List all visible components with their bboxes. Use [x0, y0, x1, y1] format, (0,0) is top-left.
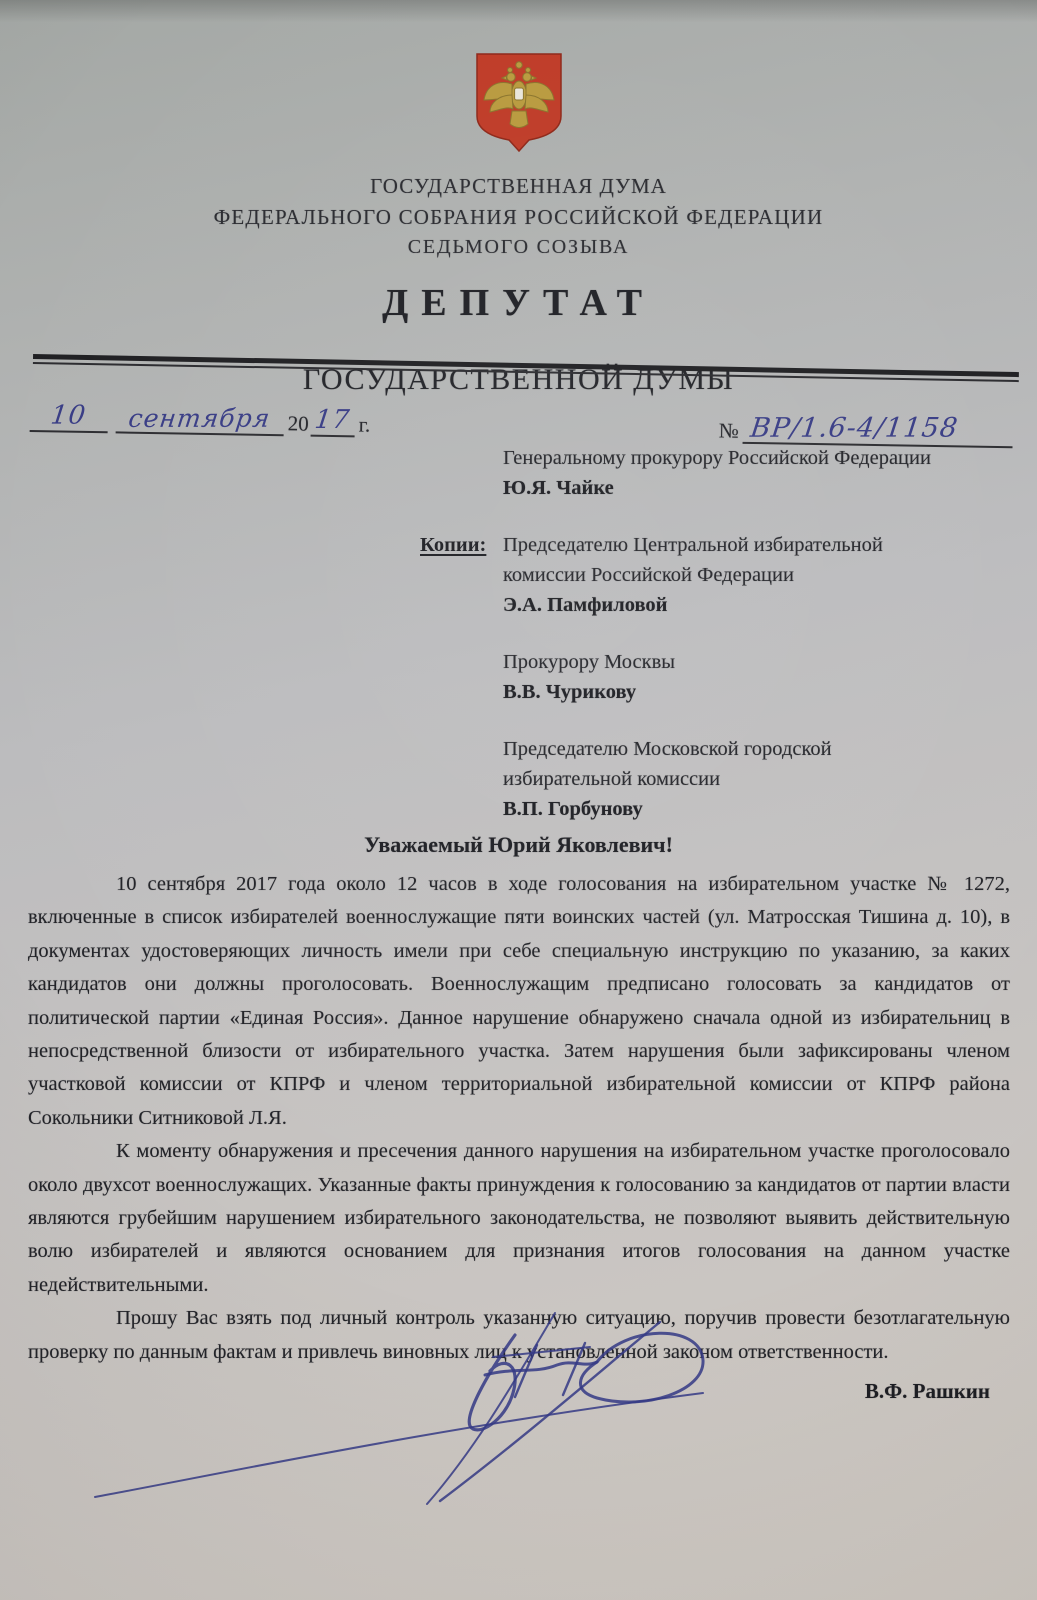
copies-label: Копии: [420, 530, 486, 560]
signature-autograph [85, 1305, 725, 1515]
recipient-title: Председателю Московской городской [503, 734, 1017, 764]
year-unit: г. [359, 412, 371, 437]
russia-coat-of-arms-icon [469, 50, 569, 154]
primary-recipient: Генеральному прокурору Российской Федера… [420, 443, 1017, 503]
body-paragraph-2: К моменту обнаружения и пресечения данно… [28, 1135, 1010, 1302]
recipient-name: В.В. Чурикову [503, 677, 1017, 707]
year-prefix: 20 [288, 411, 309, 436]
org-name-line3: СЕДЬМОГО СОЗЫВА [0, 236, 1037, 259]
org-name-line2: ФЕДЕРАЛЬНОГО СОБРАНИЯ РОССИЙСКОЙ ФЕДЕРАЦ… [0, 205, 1037, 230]
letter-body: 10 сентября 2017 года около 12 часов в х… [28, 868, 1010, 1369]
org-name-line1: ГОСУДАРСТВЕННАЯ ДУМА [0, 174, 1037, 199]
recipient-title: Прокурору Москвы [503, 647, 1017, 677]
letter-photo: ГОСУДАРСТВЕННАЯ ДУМА ФЕДЕРАЛЬНОГО СОБРАН… [0, 0, 1037, 1600]
recipient-title: Председателю Центральной избирательной [503, 530, 1017, 560]
copy-recipient-2: Прокурору Москвы В.В. Чурикову [420, 647, 1017, 707]
body-paragraph-1: 10 сентября 2017 года около 12 часов в х… [28, 868, 1010, 1135]
handwritten-year: 17 [313, 405, 352, 435]
recipient-title: избирательной комиссии [503, 764, 1017, 794]
recipient-name: В.П. Горбунову [503, 794, 1017, 824]
copy-recipient-1: Копии: Председателю Центральной избирате… [420, 530, 1017, 620]
number-sign: № [718, 418, 738, 443]
handwritten-day: 10 [49, 401, 88, 431]
recipient-name: Ю.Я. Чайке [503, 473, 1017, 503]
handwritten-month: сентября [127, 404, 272, 433]
recipient-title: комиссии Российской Федерации [503, 560, 1017, 590]
recipients-block: Генеральному прокурору Российской Федера… [420, 443, 1017, 851]
date-field: 10 сентября 20 17 г. [30, 400, 373, 438]
signatory-name: В.Ф. Рашкин [770, 1379, 990, 1404]
recipient-title: Генеральному прокурору Российской Федера… [503, 443, 1017, 473]
recipient-name: Э.А. Памфиловой [503, 590, 1017, 620]
handwritten-outgoing-number: ВР/1.6-4/1158 [749, 413, 960, 444]
copy-recipient-3: Председателю Московской городской избира… [420, 734, 1017, 824]
salutation: Уважаемый Юрий Яковлевич! [0, 832, 1037, 858]
deputy-title-line1: ДЕПУТАТ [0, 281, 1037, 325]
